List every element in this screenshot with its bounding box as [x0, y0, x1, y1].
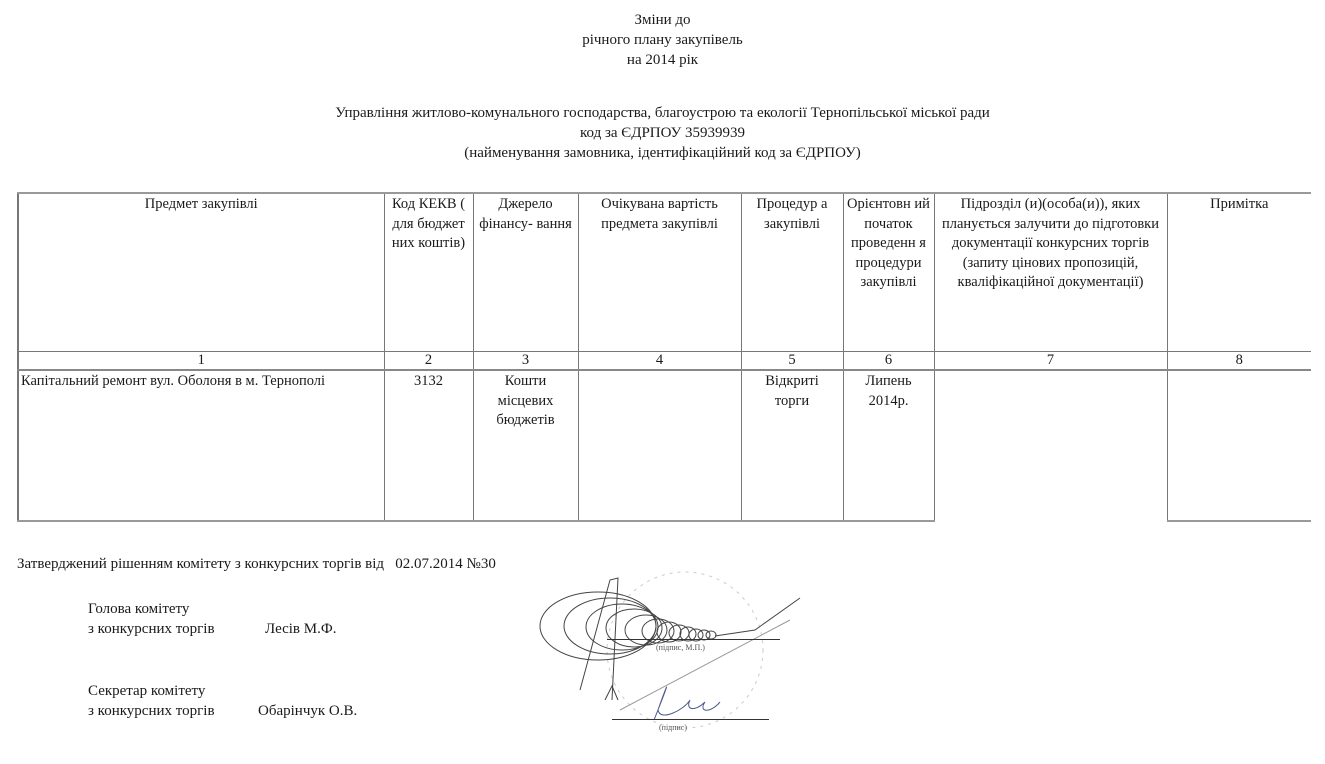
header-procedure: Процедур а закупівлі — [741, 193, 843, 352]
secretary-role-line-2: з конкурсних торгів — [88, 701, 215, 721]
edrpou-code: код за ЄДРПОУ 35939939 — [0, 123, 1325, 143]
header-expected-cost: Очікувана вартість предмета закупівлі — [578, 193, 741, 352]
cell-kekv: 3132 — [384, 370, 473, 521]
organization-name: Управління житлово-комунального господар… — [0, 103, 1325, 123]
chair-name: Лесів М.Ф. — [265, 619, 336, 639]
column-number: 3 — [473, 352, 578, 371]
approval-date-number: 02.07.2014 №30 — [395, 556, 496, 572]
chair-signature-caption: (підпис, М.П.) — [656, 643, 705, 652]
chair-role-line-2: з конкурсних торгів — [88, 619, 215, 639]
cell-procedure: Відкриті торги — [741, 370, 843, 521]
cell-funding-source: Кошти місцевих бюджетів — [473, 370, 578, 521]
column-number: 1 — [18, 352, 384, 371]
header-subject: Предмет закупівлі — [18, 193, 384, 352]
table-header-row: Предмет закупівлі Код КЕКВ ( для бюджет … — [18, 193, 1311, 352]
procurement-plan-table: Предмет закупівлі Код КЕКВ ( для бюджет … — [17, 192, 1311, 522]
header-note: Примітка — [1167, 193, 1311, 352]
column-number: 2 — [384, 352, 473, 371]
cell-expected-cost — [578, 370, 741, 521]
secretary-name: Обарінчук О.В. — [258, 701, 357, 721]
column-number: 7 — [934, 352, 1167, 371]
document-title-line-2: річного плану закупівель — [0, 30, 1325, 50]
chair-signature-line — [607, 639, 780, 640]
header-responsible-units: Підрозділ (и)(особа(и)), яких планується… — [934, 193, 1167, 352]
secretary-role: Секретар комітету з конкурсних торгів — [88, 681, 215, 721]
document-title-line-3: на 2014 рік — [0, 50, 1325, 70]
cell-responsible-units — [934, 370, 1167, 521]
column-number-row: 1 2 3 4 5 6 7 8 — [18, 352, 1311, 371]
column-number: 5 — [741, 352, 843, 371]
cell-start-date: Липень 2014р. — [843, 370, 934, 521]
secretary-role-line-1: Секретар комітету — [88, 681, 215, 701]
secretary-signature-caption: (підпис) — [659, 723, 687, 732]
cell-subject: Капітальний ремонт вул. Оболоня в м. Тер… — [18, 370, 384, 521]
header-kekv: Код КЕКВ ( для бюджет них коштів) — [384, 193, 473, 352]
header-funding-source: Джерело фінансу- вання — [473, 193, 578, 352]
chair-role: Голова комітету з конкурсних торгів — [88, 599, 215, 639]
header-start-date: Орієнтовн ий початок проведенн я процеду… — [843, 193, 934, 352]
document-title-line-1: Зміни до — [0, 10, 1325, 30]
secretary-signature-line — [612, 719, 769, 720]
approval-line: Затверджений рішенням комітету з конкурс… — [17, 554, 496, 574]
chair-role-line-1: Голова комітету — [88, 599, 215, 619]
organization-caption: (найменування замовника, ідентифікаційни… — [0, 143, 1325, 163]
cell-note — [1167, 370, 1311, 521]
column-number: 8 — [1167, 352, 1311, 371]
table-row: Капітальний ремонт вул. Оболоня в м. Тер… — [18, 370, 1311, 521]
column-number: 6 — [843, 352, 934, 371]
approval-text: Затверджений рішенням комітету з конкурс… — [17, 556, 384, 572]
column-number: 4 — [578, 352, 741, 371]
